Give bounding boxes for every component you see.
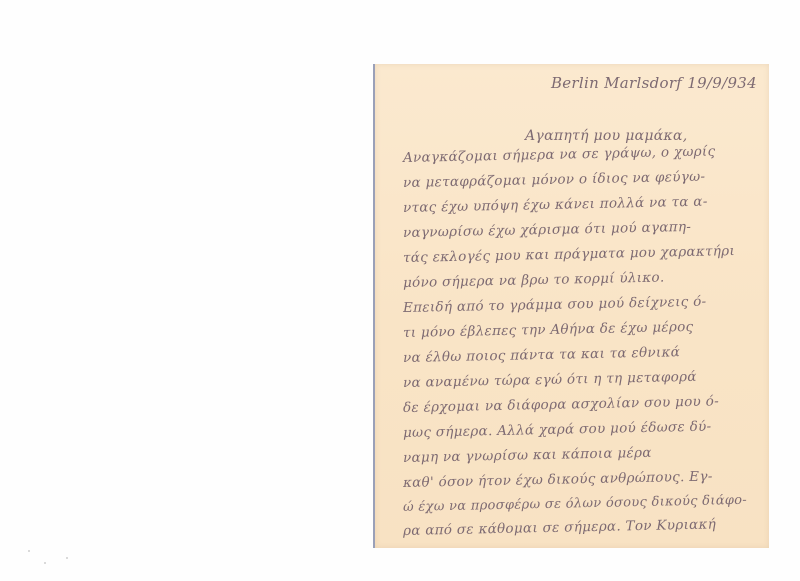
- scan-speck: [44, 562, 46, 564]
- letter-line: να αναμένω τώρα εγώ ότι η τη μεταφορά: [403, 369, 697, 391]
- letter-place-date: Berlin Marlsdorf 19/9/934: [551, 74, 757, 92]
- letter-line: μόνο σήμερα να βρω το κορμί ύλικο.: [403, 270, 665, 291]
- scan-speck: [28, 550, 30, 552]
- letter-line: να μεταφράζομαι μόνον ο ίδιος να φεύγω-: [403, 169, 706, 191]
- letter-line: δε έρχομαι να διάφορα ασχολίαν σου μου ό…: [403, 393, 719, 416]
- letter-line: ρα από σε κάθομαι σε σήμερα. Τον Κυριακή: [403, 516, 716, 539]
- letter-line: καθ' όσον ήτον έχω δικούς ανθρώπους. Εγ-: [403, 469, 713, 491]
- letter-line: τι μόνο έβλεπες την Αθήνα δε έχω μέρος: [403, 319, 694, 341]
- letter-page: Berlin Marlsdorf 19/9/934 Αγαπητή μου μα…: [373, 64, 769, 548]
- letter-line: ώ έχω να προσφέρω σε όλων όσους δικούς δ…: [403, 493, 747, 515]
- letter-line: Αναγκάζομαι σήμερα να σε γράψω, ο χωρίς: [403, 143, 716, 166]
- letter-line: ναγνωρίσω έχω χάρισμα ότι μού αγαπη-: [403, 219, 691, 241]
- letter-line: να έλθω ποιος πάντα τα και τα εθνικά: [403, 344, 680, 366]
- letter-line: μως σήμερα. Αλλά χαρά σου μού έδωσε δύ-: [403, 419, 712, 441]
- letter-line: Επειδή από το γράμμα σου μού δείχνεις ό-: [403, 294, 707, 316]
- scan-speck: [66, 557, 68, 559]
- scan-background: Berlin Marlsdorf 19/9/934 Αγαπητή μου μα…: [0, 0, 800, 581]
- letter-line: τάς εκλογές μου και πράγματα μου χαρακτή…: [403, 243, 735, 266]
- letter-line: ντας έχω υπόψη έχω κάνει πολλά να τα α-: [403, 194, 708, 216]
- letter-line: ναμη να γνωρίσω και κάποια μέρα: [403, 445, 652, 466]
- letter-salutation: Αγαπητή μου μαμάκα,: [525, 128, 687, 144]
